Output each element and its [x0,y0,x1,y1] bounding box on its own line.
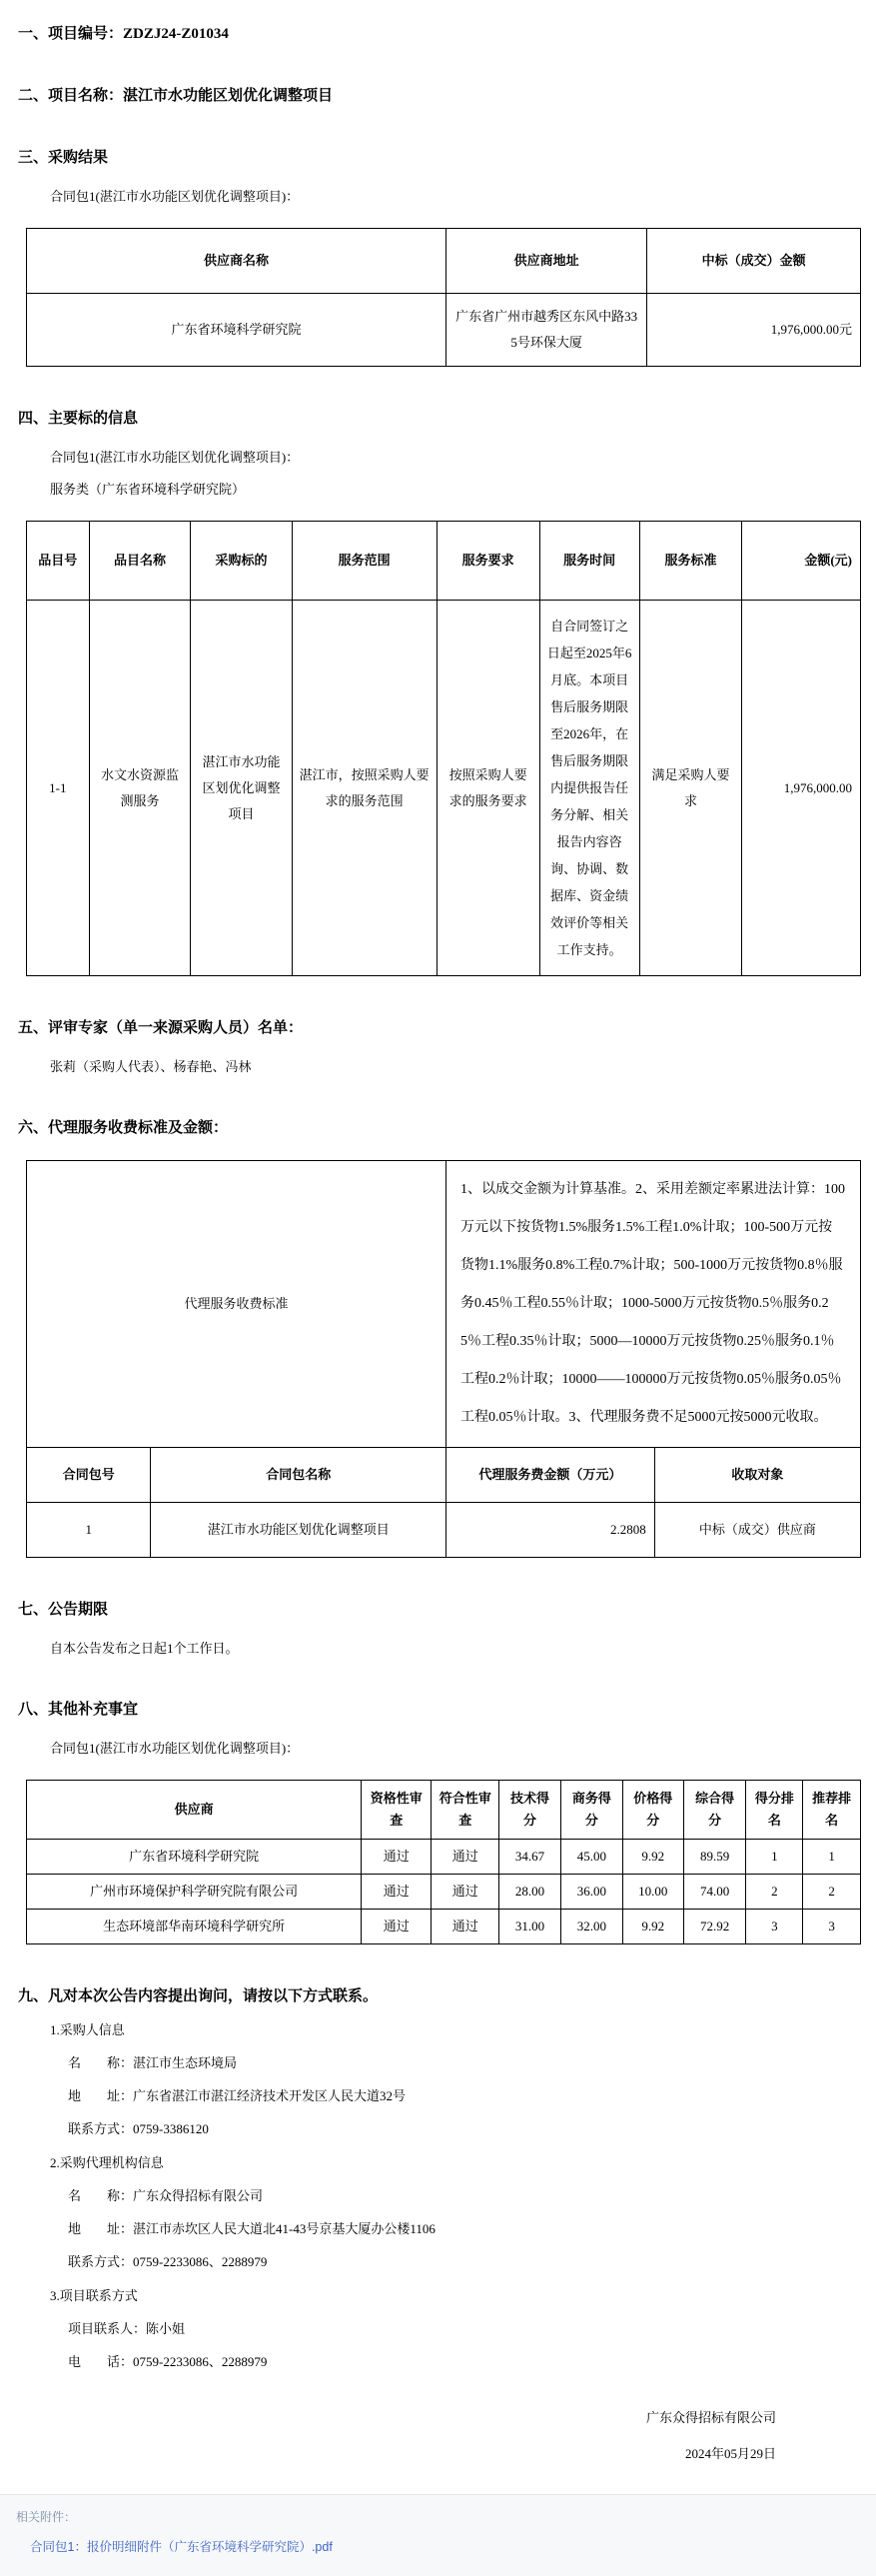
item-name-cell: 水文水资源监测服务 [89,601,191,976]
attachments-footer: 相关附件： 合同包1：报价明细附件（广东省环境科学研究院）.pdf [0,2494,876,2576]
item-amount-cell: 1,976,000.00 [742,601,861,976]
project-name-heading: 二、项目名称：湛江市水功能区划优化调整项目 [18,86,876,106]
technical-score-cell: 28.00 [499,1875,561,1910]
col-header-business-score: 商务得分 [560,1781,622,1840]
procurement-result-heading: 三、采购结果 [18,148,876,168]
project-contact-person: 项目联系人：陈小姐 [68,2319,876,2339]
supplier-cell: 生态环境部华南环境科学研究所 [27,1910,362,1944]
technical-score-cell: 34.67 [499,1840,561,1875]
col-header-price-score: 价格得分 [622,1781,683,1840]
col-header-item-no: 品目号 [27,522,90,601]
score-rank-cell: 3 [746,1910,803,1944]
signature-date: 2024年05月29日 [0,2444,776,2464]
project-contact-phone: 电 话：0759-2233086、2288979 [68,2352,876,2372]
recommend-rank-cell: 2 [803,1875,861,1910]
notice-period-heading: 七、公告期限 [18,1600,876,1620]
items-table-row: 1-1 水文水资源监测服务 湛江市水功能区划优化调整项目 湛江市，按照采购人要求… [27,601,861,976]
col-header-supplier-address: 供应商地址 [446,229,647,294]
conformity-cell: 通过 [432,1840,499,1875]
agency-fee-heading: 六、代理服务收费标准及金额： [18,1118,876,1138]
result-table: 供应商名称 供应商地址 中标（成交）金额 广东省环境科学研究院 广东省广州市越秀… [26,228,861,367]
package-label-s3: 合同包1(湛江市水功能区划优化调整项目)： [50,188,876,206]
conformity-cell: 通过 [432,1875,499,1910]
col-header-recommend-rank: 推荐排名 [803,1781,861,1840]
project-contact-heading: 3.项目联系方式 [50,2286,876,2306]
col-header-target: 采购标的 [191,522,292,601]
col-header-qualification-review: 资格性审查 [362,1781,432,1840]
supplier-address-cell: 广东省广州市越秀区东风中路335号环保大厦 [446,294,647,367]
notice-period-text: 自本公告发布之日起1个工作日。 [50,1640,876,1658]
col-header-fee-amount: 代理服务费金额（万元） [445,1448,654,1503]
score-table: 供应商 资格性审查 符合性审查 技术得分 商务得分 价格得分 综合得分 得分排名… [26,1780,861,1944]
qualification-cell: 通过 [362,1875,432,1910]
attachments-label: 相关附件： [16,2509,876,2525]
total-score-cell: 89.59 [683,1840,746,1875]
scope-cell: 湛江市，按照采购人要求的服务范围 [292,601,437,976]
business-score-cell: 32.00 [560,1910,622,1944]
col-header-supplier: 供应商 [27,1781,362,1840]
col-header-award-amount: 中标（成交）金额 [647,229,861,294]
package-no-cell: 1 [27,1503,151,1558]
col-header-scope: 服务范围 [292,522,437,601]
document-content: 一、项目编号：ZDZJ24-Z01034 二、项目名称：湛江市水功能区划优化调整… [0,0,876,2464]
agency-name: 名 称：广东众得招标有限公司 [68,2186,876,2206]
project-number-heading: 一、项目编号：ZDZJ24-Z01034 [18,24,876,44]
score-rank-cell: 1 [746,1840,803,1875]
main-subject-heading: 四、主要标的信息 [18,409,876,429]
technical-score-cell: 31.00 [499,1910,561,1944]
col-header-conformity-review: 符合性审查 [432,1781,499,1840]
col-header-time: 服务时间 [539,522,639,601]
requirement-cell: 按照采购人要求的服务要求 [437,601,539,976]
agency-contact: 联系方式：0759-2233086、2288979 [68,2252,876,2272]
signature-block: 广东众得招标有限公司 2024年05月29日 [0,2408,876,2464]
business-score-cell: 45.00 [560,1840,622,1875]
payer-cell: 中标（成交）供应商 [654,1503,860,1558]
purchaser-name: 名 称：湛江市生态环境局 [68,2053,876,2073]
recommend-rank-cell: 3 [803,1910,861,1944]
score-rank-cell: 2 [746,1875,803,1910]
qualification-cell: 通过 [362,1910,432,1944]
col-header-score-rank: 得分排名 [746,1781,803,1840]
package-label-s4: 合同包1(湛江市水功能区划优化调整项目)： [50,449,876,467]
standard-cell: 满足采购人要求 [639,601,742,976]
fee-amount-cell: 2.2808 [445,1503,654,1558]
purchaser-contact: 联系方式：0759-3386120 [68,2119,876,2139]
price-score-cell: 10.00 [622,1875,683,1910]
result-table-row: 广东省环境科学研究院 广东省广州市越秀区东风中路335号环保大厦 1,976,0… [27,294,861,367]
col-header-amount: 金额(元) [742,522,861,601]
signature-company: 广东众得招标有限公司 [0,2408,776,2428]
fee-standard-text-cell: 1、以成交金额为计算基准。2、采用差额定率累进法计算：100万元以下按货物1.5… [445,1161,860,1448]
experts-heading: 五、评审专家（单一来源采购人员）名单： [18,1018,876,1038]
other-matters-heading: 八、其他补充事宜 [18,1700,876,1720]
col-header-supplier-name: 供应商名称 [27,229,446,294]
agency-info-heading: 2.采购代理机构信息 [50,2153,876,2173]
col-header-technical-score: 技术得分 [499,1781,561,1840]
col-header-total-score: 综合得分 [683,1781,746,1840]
award-amount-cell: 1,976,000.00元 [647,294,861,367]
fee-table-row: 1 湛江市水功能区划优化调整项目 2.2808 中标（成交）供应商 [27,1503,861,1558]
recommend-rank-cell: 1 [803,1840,861,1875]
col-header-standard: 服务标准 [639,522,742,601]
supplier-cell: 广州市环境保护科学研究院有限公司 [27,1875,362,1910]
contact-heading: 九、凡对本次公告内容提出询问，请按以下方式联系。 [18,1986,876,2006]
score-table-header-row: 供应商 资格性审查 符合性审查 技术得分 商务得分 价格得分 综合得分 得分排名… [27,1781,861,1840]
supplier-name-cell: 广东省环境科学研究院 [27,294,446,367]
experts-names: 张莉（采购人代表）、杨春艳、冯林 [50,1058,876,1076]
items-table-header-row: 品目号 品目名称 采购标的 服务范围 服务要求 服务时间 服务标准 金额(元) [27,522,861,601]
result-table-header-row: 供应商名称 供应商地址 中标（成交）金额 [27,229,861,294]
items-table: 品目号 品目名称 采购标的 服务范围 服务要求 服务时间 服务标准 金额(元) … [26,521,861,976]
fee-standard-label-cell: 代理服务收费标准 [27,1161,446,1448]
price-score-cell: 9.92 [622,1840,683,1875]
announcement-document: 一、项目编号：ZDZJ24-Z01034 二、项目名称：湛江市水功能区划优化调整… [0,0,876,2576]
score-table-row: 生态环境部华南环境科学研究所 通过 通过 31.00 32.00 9.92 72… [27,1910,861,1944]
category-label: 服务类（广东省环境科学研究院） [50,481,876,499]
col-header-package-name: 合同包名称 [151,1448,446,1503]
col-header-package-no: 合同包号 [27,1448,151,1503]
target-cell: 湛江市水功能区划优化调整项目 [191,601,292,976]
col-header-requirement: 服务要求 [437,522,539,601]
col-header-payer: 收取对象 [654,1448,860,1503]
score-table-row: 广东省环境科学研究院 通过 通过 34.67 45.00 9.92 89.59 … [27,1840,861,1875]
purchaser-address: 地 址：广东省湛江市湛江经济技术开发区人民大道32号 [68,2086,876,2106]
score-table-row: 广州市环境保护科学研究院有限公司 通过 通过 28.00 36.00 10.00… [27,1875,861,1910]
item-no-cell: 1-1 [27,601,90,976]
package-name-cell: 湛江市水功能区划优化调整项目 [151,1503,446,1558]
agency-address: 地 址：湛江市赤坎区人民大道北41-43号京基大厦办公楼1106 [68,2219,876,2239]
fee-standard-row: 代理服务收费标准 1、以成交金额为计算基准。2、采用差额定率累进法计算：100万… [27,1161,861,1448]
fee-table: 代理服务收费标准 1、以成交金额为计算基准。2、采用差额定率累进法计算：100万… [26,1160,861,1558]
total-score-cell: 74.00 [683,1875,746,1910]
attachment-pdf-link[interactable]: 合同包1：报价明细附件（广东省环境科学研究院）.pdf [30,2537,333,2555]
service-time-cell: 自合同签订之日起至2025年6月底。本项目售后服务期限至2026年，在售后服务期… [539,601,639,976]
business-score-cell: 36.00 [560,1875,622,1910]
fee-table-header-row: 合同包号 合同包名称 代理服务费金额（万元） 收取对象 [27,1448,861,1503]
qualification-cell: 通过 [362,1840,432,1875]
package-label-s8: 合同包1(湛江市水功能区划优化调整项目)： [50,1740,876,1758]
supplier-cell: 广东省环境科学研究院 [27,1840,362,1875]
total-score-cell: 72.92 [683,1910,746,1944]
conformity-cell: 通过 [432,1910,499,1944]
price-score-cell: 9.92 [622,1910,683,1944]
purchaser-info-heading: 1.采购人信息 [50,2020,876,2040]
col-header-item-name: 品目名称 [89,522,191,601]
